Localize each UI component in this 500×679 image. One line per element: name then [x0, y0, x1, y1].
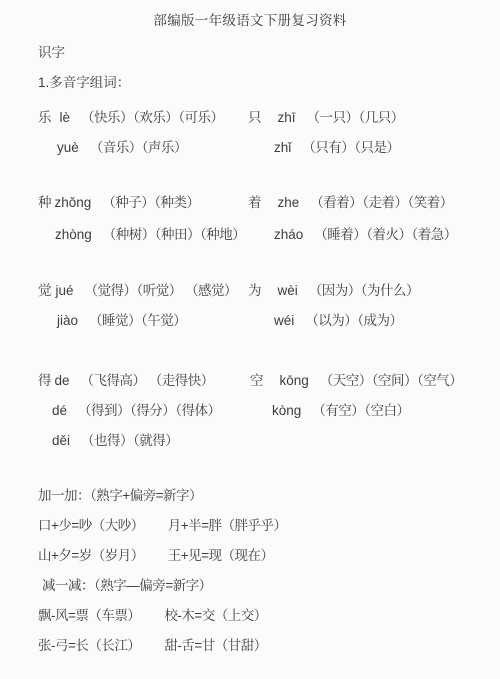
formula: 校-木=交（上交）	[164, 607, 266, 624]
hanzi: 乐	[38, 109, 52, 126]
entry-zhe-line2: zháo （睡着）（着火）（着急）	[274, 226, 457, 243]
section-heading-text: 识字	[38, 44, 65, 61]
hanzi: 觉	[38, 282, 52, 299]
hanzi: 为	[248, 282, 262, 299]
entry-de-line2: dé （得到）（得分）（得体）	[52, 402, 221, 419]
pinyin: lè	[60, 109, 71, 126]
pinyin: kòng	[272, 402, 301, 419]
pinyin: zhī	[278, 109, 296, 126]
document-page: 部编版一年级语文下册复习资料 识字 1.多音字组词： 乐 lè （快乐）（欢乐）…	[0, 0, 500, 679]
hanzi: 得	[38, 372, 52, 389]
section-heading-jianyijian: 减一减：（熟字—偏旁=新字）	[42, 577, 212, 594]
entry-le-line1: 乐 lè （快乐）（欢乐）（可乐）	[38, 109, 224, 126]
pinyin: de	[55, 372, 70, 389]
example-words: （有空）（空白）	[312, 402, 409, 419]
example-words: （种树）（种田）（种地）	[103, 226, 246, 243]
entry-de-line3: děi （也得）（就得）	[52, 432, 178, 449]
entry-wei-line2: wéi （以为）（成为）	[274, 312, 403, 329]
example-words: （只有）（只是）	[302, 139, 399, 156]
example-words: （种子）（种类）	[102, 194, 199, 211]
section-heading-duoyinzi: 1.多音字组词：	[38, 74, 130, 91]
page-title: 部编版一年级语文下册复习资料	[0, 12, 500, 29]
entry-de-line1: 得 de （飞得高） （走得快）	[38, 372, 214, 389]
formula: 张-弓=长（长江）	[38, 637, 140, 654]
formula: 口+少=吵（大吵）	[38, 517, 144, 534]
example-words: （得到）（得分）（得体）	[78, 402, 221, 419]
pinyin: wèi	[278, 282, 298, 299]
entry-zhong-line2: zhòng （种树）（种田）（种地）	[55, 226, 245, 243]
hanzi: 只	[248, 109, 262, 126]
section-heading-text: 1.多音字组词：	[38, 74, 130, 91]
pinyin: yuè	[57, 139, 79, 156]
example-words: （以为）（成为）	[305, 312, 402, 329]
entry-zhi-line2: zhǐ （只有）（只是）	[274, 139, 400, 156]
pinyin: jiào	[57, 312, 78, 329]
example-words: （天空）（空间）（空气）	[320, 372, 463, 389]
entry-zhe-line1: 着 zhe （看着）（走着）（笑着）	[248, 194, 453, 211]
entry-le-line2: yuè （音乐）（声乐）	[57, 139, 187, 156]
entry-zhong-line1: 种 zhǒng （种子）（种类）	[38, 194, 200, 211]
pinyin: dé	[52, 402, 67, 419]
example-words: （一只）（几只）	[307, 109, 404, 126]
page-title-text: 部编版一年级语文下册复习资料	[153, 12, 346, 29]
formula: 月+半=胖（胖乎乎）	[168, 517, 287, 534]
example-words: （因为）（为什么）	[309, 282, 419, 299]
example-words: （飞得高） （走得快）	[81, 372, 214, 389]
section-heading-text: 减一减：（熟字—偏旁=新字）	[42, 577, 212, 594]
example-words: （看着）（走着）（笑着）	[310, 194, 453, 211]
pinyin: zhǐ	[274, 139, 291, 156]
formula: 飘-风=票（车票）	[38, 607, 140, 624]
entry-kong-line2: kòng （有空）（空白）	[272, 402, 410, 419]
entry-zhi-line1: 只 zhī （一只）（几只）	[248, 109, 404, 126]
entry-jue-line1: 觉 jué （觉得）（听觉） （感觉）	[38, 282, 237, 299]
hanzi: 空	[250, 372, 264, 389]
example-words: （睡着）（着火）（着急）	[314, 226, 457, 243]
pinyin: zhòng	[55, 226, 92, 243]
section-heading-text: 加一加：（熟字+偏旁=新字）	[38, 487, 202, 504]
sub-rule-row-1: 飘-风=票（车票） 校-木=交（上交）	[38, 607, 267, 624]
example-words: （觉得）（听觉） （感觉）	[85, 282, 238, 299]
example-words: （音乐）（声乐）	[90, 139, 187, 156]
hanzi: 种	[38, 194, 52, 211]
add-rule-row-2: 山+夕=岁（岁月） 王+见=现（现在）	[38, 547, 274, 564]
formula: 山+夕=岁（岁月）	[38, 547, 144, 564]
add-rule-row-1: 口+少=吵（大吵） 月+半=胖（胖乎乎）	[38, 517, 287, 534]
sub-rule-row-2: 张-弓=长（长江） 甜-舌=甘（甘甜）	[38, 637, 267, 654]
pinyin: jué	[56, 282, 74, 299]
hanzi: 着	[248, 194, 262, 211]
pinyin: zháo	[274, 226, 303, 243]
entry-kong-line1: 空 kōng （天空）（空间）（空气）	[250, 372, 462, 389]
pinyin: zhe	[278, 194, 300, 211]
section-heading-shizi: 识字	[38, 44, 65, 61]
formula: 甜-舌=甘（甘甜）	[164, 637, 266, 654]
example-words: （也得）（就得）	[81, 432, 178, 449]
entry-wei-line1: 为 wèi （因为）（为什么）	[248, 282, 419, 299]
formula: 王+见=现（现在）	[168, 547, 274, 564]
pinyin: děi	[52, 432, 70, 449]
example-words: （快乐）（欢乐）（可乐）	[81, 109, 224, 126]
example-words: （睡觉）（午觉）	[89, 312, 186, 329]
section-heading-jiayijia: 加一加：（熟字+偏旁=新字）	[38, 487, 202, 504]
pinyin: zhǒng	[55, 194, 92, 211]
pinyin: kōng	[280, 372, 309, 389]
entry-jue-line2: jiào （睡觉）（午觉）	[57, 312, 186, 329]
pinyin: wéi	[274, 312, 294, 329]
